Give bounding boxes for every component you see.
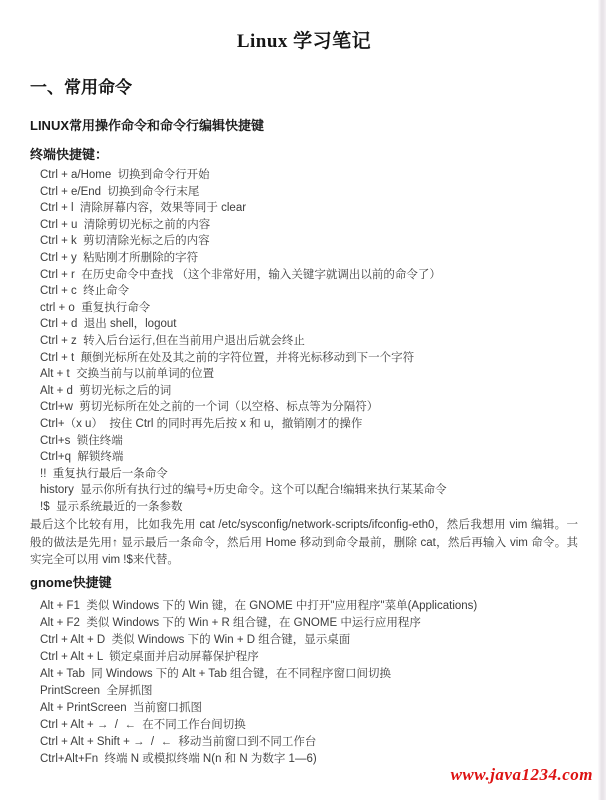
gnome-shortcut-line: Alt + F2 类似 Windows 下的 Win + R 组合键，在 GNO… <box>40 615 578 632</box>
terminal-note-paragraph: 最后这个比较有用，比如我先用 cat /etc/sysconfig/networ… <box>30 517 578 570</box>
terminal-shortcut-list: Ctrl + a/Home 切换到命令行开始Ctrl + e/End 切换到命令… <box>30 167 578 515</box>
terminal-shortcut-line: !! 重复执行最后一条命令 <box>40 466 578 483</box>
gnome-shortcut-line: Alt + PrintScreen 当前窗口抓图 <box>40 700 578 717</box>
terminal-shortcut-line: Ctrl + k 剪切清除光标之后的内容 <box>40 233 578 250</box>
gnome-shortcut-line: Ctrl + Alt + L 锁定桌面并启动屏幕保护程序 <box>40 649 578 666</box>
page-right-edge <box>598 0 606 800</box>
gnome-shortcut-line: Ctrl + Alt + D 类似 Windows 下的 Win + D 组合键… <box>40 632 578 649</box>
document-page: Linux 学习笔记 一、常用命令 LINUX常用操作命令和命令行编辑快捷键 终… <box>0 0 606 800</box>
gnome-shortcuts-heading: gnome快捷键 <box>30 575 578 591</box>
terminal-shortcuts-heading: 终端快捷键： <box>30 147 578 163</box>
terminal-shortcut-line: Alt + d 剪切光标之后的词 <box>40 383 578 400</box>
terminal-shortcut-line: Ctrl + c 终止命令 <box>40 283 578 300</box>
terminal-shortcut-line: Ctrl + y 粘贴刚才所删除的字符 <box>40 250 578 267</box>
terminal-shortcut-line: Ctrl+w 剪切光标所在处之前的一个词（以空格、标点等为分隔符） <box>40 399 578 416</box>
document-content: Linux 学习笔记 一、常用命令 LINUX常用操作命令和命令行编辑快捷键 终… <box>0 0 606 768</box>
gnome-shortcut-line: Alt + Tab 同 Windows 下的 Alt + Tab 组合键，在不同… <box>40 666 578 683</box>
terminal-shortcut-line: Ctrl + l 清除屏幕内容，效果等同于 clear <box>40 200 578 217</box>
terminal-shortcut-line: !$ 显示系统最近的一条参数 <box>40 499 578 516</box>
terminal-shortcut-line: history 显示你所有执行过的编号+历史命令。这个可以配合!编辑来执行某某命… <box>40 482 578 499</box>
gnome-shortcut-line: Alt + F1 类似 Windows 下的 Win 键，在 GNOME 中打开… <box>40 598 578 615</box>
terminal-shortcut-line: Ctrl + d 退出 shell，logout <box>40 316 578 333</box>
subheading-linux-shortcuts: LINUX常用操作命令和命令行编辑快捷键 <box>30 118 578 134</box>
section-heading-common-commands: 一、常用命令 <box>30 78 578 98</box>
terminal-shortcut-line: Ctrl + r 在历史命令中查找 （这个非常好用，输入关键字就调出以前的命令了… <box>40 267 578 284</box>
terminal-shortcut-line: Ctrl+（x u） 按住 Ctrl 的同时再先后按 x 和 u，撤销刚才的操作 <box>40 416 578 433</box>
terminal-shortcut-line: Ctrl + u 清除剪切光标之前的内容 <box>40 217 578 234</box>
gnome-shortcut-line: Ctrl + Alt + → / ← 在不同工作台间切换 <box>40 717 578 734</box>
gnome-shortcut-line: Ctrl + Alt + Shift + → / ← 移动当前窗口到不同工作台 <box>40 734 578 751</box>
gnome-shortcut-list: Alt + F1 类似 Windows 下的 Win 键，在 GNOME 中打开… <box>30 598 578 768</box>
terminal-shortcut-line: Ctrl + e/End 切换到命令行末尾 <box>40 184 578 201</box>
terminal-shortcut-line: Ctrl + a/Home 切换到命令行开始 <box>40 167 578 184</box>
terminal-shortcut-line: Alt + t 交换当前与以前单词的位置 <box>40 366 578 383</box>
watermark-url: www.java1234.com <box>451 764 593 786</box>
document-title: Linux 学习笔记 <box>30 30 578 54</box>
terminal-shortcut-line: Ctrl + t 颠倒光标所在处及其之前的字符位置，并将光标移动到下一个字符 <box>40 350 578 367</box>
terminal-shortcut-line: Ctrl + z 转入后台运行,但在当前用户退出后就会终止 <box>40 333 578 350</box>
gnome-shortcut-line: PrintScreen 全屏抓图 <box>40 683 578 700</box>
terminal-shortcut-line: Ctrl+q 解锁终端 <box>40 449 578 466</box>
terminal-shortcut-line: ctrl + o 重复执行命令 <box>40 300 578 317</box>
terminal-shortcut-line: Ctrl+s 锁住终端 <box>40 433 578 450</box>
